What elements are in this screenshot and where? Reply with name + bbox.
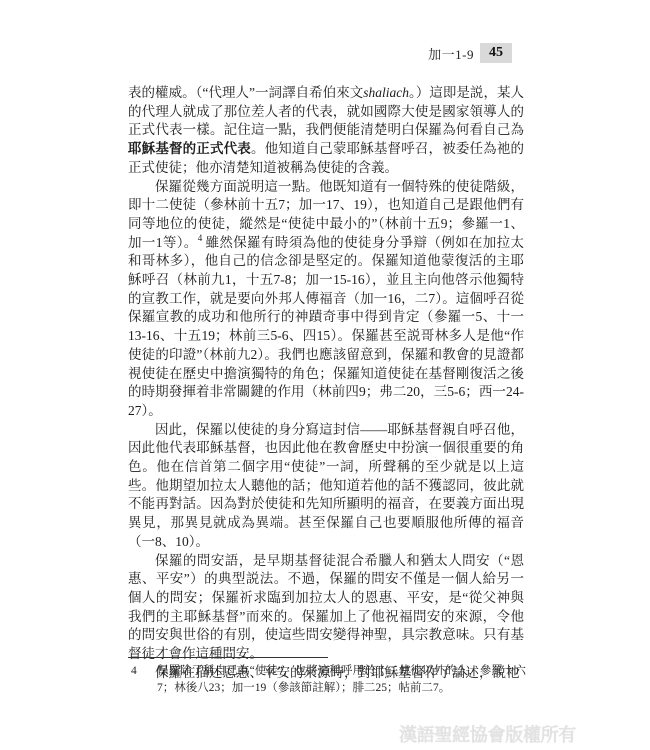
body-text-column: 表的權威。（“代理人”一詞譯自希伯來文shaliach。）這即是説，某人的代理人… [128, 84, 524, 683]
page-header: 加一1-9 45 [0, 43, 512, 63]
footnote-separator-rule [128, 657, 328, 658]
footnote-text: 保羅除了稱自己為“使徒”，也將這稱呼用於十二使徒以外的人，參羅十六7；林後八23… [157, 663, 526, 697]
paragraph: 表的權威。（“代理人”一詞譯自希伯來文shaliach。）這即是説，某人的代理人… [128, 84, 524, 178]
paragraph: 因此，保羅以使徒的身分寫這封信——耶穌基督親自呼召他，因此他代表耶穌基督，也因此… [128, 421, 524, 552]
paragraph: 保羅從幾方面説明這一點。他既知道有一個特殊的使徒階級，即十二使徒（參林前十五7；… [128, 178, 524, 421]
copyright-watermark: 漢語聖經協會版權所有 [399, 721, 576, 747]
text-segment: 因此，保羅以使徒的身分寫這封信——耶穌基督親自呼召他，因此他代表耶穌基督，也因此… [128, 422, 524, 549]
section-reference: 加一1-9 [428, 44, 474, 63]
text-segment: 雖然保羅有時須為他的使徒身分爭辯（例如在加拉太和哥林多），他自己的信念卻是堅定的… [128, 235, 524, 418]
text-segment-italic: shaliach [363, 85, 409, 100]
footnote-number: 4 [131, 663, 137, 680]
text-segment: 表的權威。（“代理人”一詞譯自希伯來文 [128, 85, 363, 100]
book-page: 加一1-9 45 表的權威。（“代理人”一詞譯自希伯來文shaliach。）這即… [0, 0, 650, 750]
text-segment: 保羅的問安語，是早期基督徒混合希臘人和猶太人問安（“恩惠、平安”）的典型説法。不… [128, 553, 524, 662]
footnote: 4 保羅除了稱自己為“使徒”，也將這稱呼用於十二使徒以外的人，參羅十六7；林後八… [128, 663, 526, 697]
page-number-badge: 45 [480, 43, 512, 63]
text-segment-bold: 耶穌基督的正式代表 [128, 141, 251, 156]
paragraph: 保羅的問安語，是早期基督徒混合希臘人和猶太人問安（“恩惠、平安”）的典型説法。不… [128, 552, 524, 664]
footnote-reference-superscript: 4 [198, 233, 203, 243]
